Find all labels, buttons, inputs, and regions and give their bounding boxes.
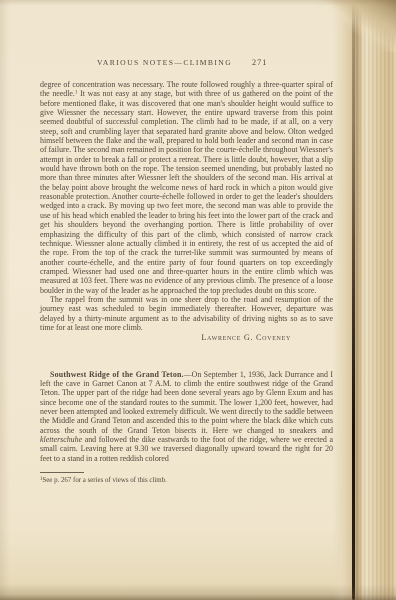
para1-text-after-note: It was not easy at any stage, but with t… — [40, 89, 333, 294]
printed-page-content: VARIOUS NOTES—CLIMBING 271 degree of con… — [40, 56, 333, 485]
teton-text-part1: —On September 1, 1936, Jack Durrance and… — [40, 370, 333, 435]
paragraph-rappel-departure: The rappel from the summit was in one sh… — [40, 295, 333, 332]
running-head-title: VARIOUS NOTES—CLIMBING — [97, 58, 232, 67]
top-right-corner-fold — [318, 0, 396, 52]
left-edge-shading — [0, 0, 10, 600]
bottom-edge-shadow — [0, 584, 396, 600]
body-text-column: degree of concentration was necessary. T… — [40, 80, 333, 485]
paragraph-southwest-ridge: Southwest Ridge of the Grand Teton.—On S… — [40, 370, 333, 463]
page-gap-crease — [352, 0, 355, 600]
teton-text-part2: and followed the dike eastwards to the f… — [40, 435, 333, 463]
footnote-text: See p. 267 for a series of views of this… — [42, 477, 166, 484]
paragraph-needle-climb: degree of concentration was necessary. T… — [40, 80, 333, 295]
section-run-in-heading: Southwest Ridge of the Grand Teton. — [50, 370, 184, 379]
top-edge-shading — [0, 0, 396, 6]
footnote-separator-rule — [40, 472, 84, 473]
book-page-scan: VARIOUS NOTES—CLIMBING 271 degree of con… — [0, 0, 396, 600]
author-signature: Lawrence G. Coveney — [40, 333, 291, 342]
footnote: 1See p. 267 for a series of views of thi… — [40, 472, 333, 485]
page-header: VARIOUS NOTES—CLIMBING 271 — [40, 56, 333, 80]
italic-kletterschuhe: kletterschuhe — [40, 435, 82, 444]
page-number: 271 — [252, 58, 267, 67]
fore-edge-page-streaks — [356, 0, 396, 600]
